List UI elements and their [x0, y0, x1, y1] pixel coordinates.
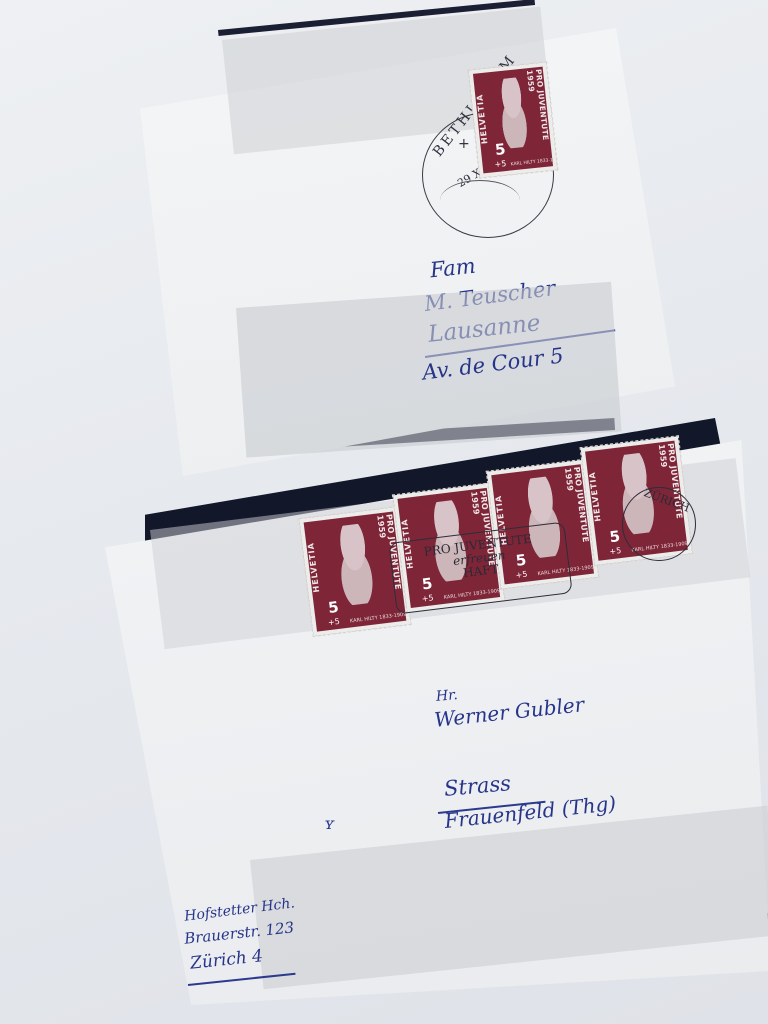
photo-scene: BETHLEHEM + 29 XII 59 HELVETIA PRO JUVEN…: [0, 0, 768, 1024]
swiss-cross-icon: +: [458, 136, 470, 152]
zurich-postmark: ZÜRICH: [622, 487, 696, 561]
stamp-surcharge: +5: [494, 159, 507, 169]
recipient-line-1: Fam: [429, 254, 477, 283]
stamp-caption: KARL HILTY 1833-1909: [350, 612, 407, 625]
recipient-line-1: Hr.: [435, 687, 458, 705]
stamp-caption: KARL HILTY 1833-1909: [510, 157, 557, 167]
stamp: HELVETIA PRO JUVENTUTE 1959 5 +5 KARL HI…: [469, 62, 558, 178]
mark: ʏ: [324, 814, 334, 833]
stamp-surcharge: +5: [609, 546, 622, 556]
stamp-value: 5: [494, 142, 506, 158]
stamp-surcharge: +5: [327, 617, 340, 627]
eagle-emblem-icon: [440, 180, 520, 221]
stamp-value: 5: [609, 529, 621, 545]
stamp-value: 5: [327, 600, 339, 616]
